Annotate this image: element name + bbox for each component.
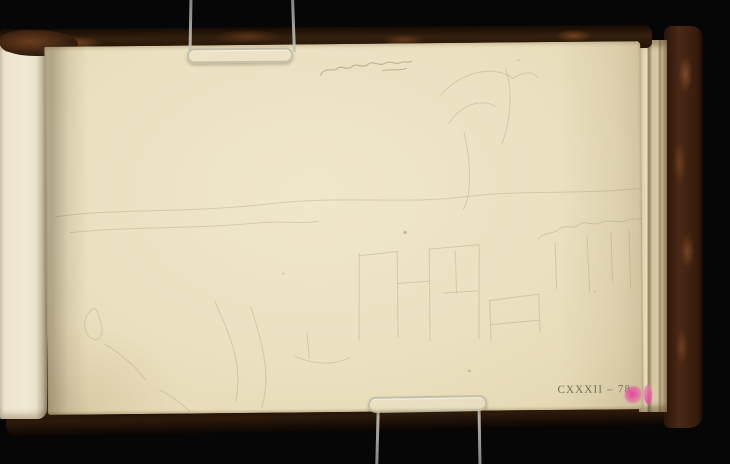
leather-cover-right-edge (664, 26, 703, 428)
bottom-clip-left-prong (375, 410, 379, 464)
top-clip-right-prong (291, 0, 296, 52)
sketchbook-page: CXXXII – 78 (44, 41, 644, 415)
bottom-page-clip (368, 395, 487, 413)
photo-background: CXXXII – 78 (0, 0, 730, 464)
pencil-inscription-handwriting (320, 61, 411, 75)
top-page-clip (187, 48, 293, 64)
pink-stamp-edge-mark (644, 385, 652, 404)
faint-landscape-sketch (54, 67, 643, 413)
pink-stamp (625, 386, 642, 403)
left-page-edge (0, 45, 47, 419)
pencil-sketch (44, 41, 644, 415)
paper-specks (280, 58, 596, 373)
